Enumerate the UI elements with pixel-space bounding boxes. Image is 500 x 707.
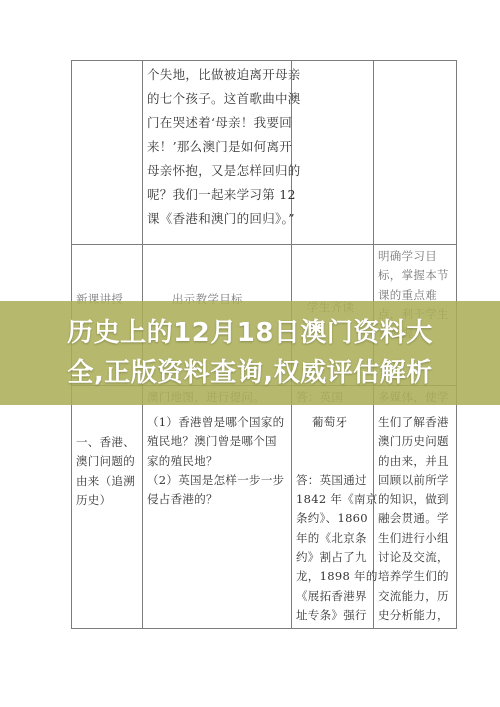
text-line: 年的《北京条 <box>296 529 378 548</box>
text-line: 史分析能力， <box>378 606 449 625</box>
table-cell-design-intent: 生们了解香港 澳门历史问题 的由来，并且 回顾以前所学 的知识，做到 融会贯通。… <box>378 413 449 625</box>
banner-headline: 历史上的12月18日澳门资料大 全,正版资料查询,权威评估解析 <box>0 301 500 405</box>
text-line: 1842 年《南京 <box>296 490 378 509</box>
text-line: 一、香港、 <box>76 433 135 452</box>
headline-line-1: 历史上的12月18日澳门资料大 <box>67 313 433 353</box>
text-line: 个失地，比做被迫离开母亲 <box>147 63 301 87</box>
text-line: 条约》、1860 <box>296 509 378 528</box>
text-line: 澳门问题的 <box>76 452 135 471</box>
text-line: 生们了解香港 <box>378 413 449 432</box>
headline-line-2: 全,正版资料查询,权威评估解析 <box>67 353 432 393</box>
text-line: 葡萄牙 <box>296 413 378 432</box>
text-line: 的由来，并且 <box>378 452 449 471</box>
text-line: 融会贯通。学 <box>378 509 449 528</box>
text-line: 答：英国通过 <box>296 471 378 490</box>
text-line: 回顾以前所学 <box>378 471 449 490</box>
table-cell-answers: 葡萄牙 答：英国通过 1842 年《南京 条约》、1860 年的《北京条 约》割… <box>296 413 378 625</box>
table-border-bottom <box>71 628 457 629</box>
text-line: 历史） <box>76 491 135 510</box>
text-line: 生们进行小组 <box>378 529 449 548</box>
table-border-top <box>71 60 457 61</box>
row-divider <box>71 244 457 245</box>
text-line: 来！’那么澳门是如何离开 <box>147 135 301 159</box>
text-line <box>296 452 378 471</box>
text-line: 的七个孩子。这首歌曲中澳 <box>147 87 301 111</box>
text-line: 由来（追溯 <box>76 472 135 491</box>
text-line: 呢？我们一起来学习第 12 <box>147 183 301 207</box>
text-line: 的知识，做到 <box>378 490 449 509</box>
text-line: 《展拓香港界 <box>296 587 378 606</box>
text-line: 课《香港和澳门的回归》。” <box>147 207 301 231</box>
table-cell-questions: （1）香港曾是哪个国家的 殖民地？澳门曾是哪个国 家的殖民地？ （2）英国是怎样… <box>147 413 284 509</box>
text-line: 龙，1898 年的 <box>296 567 378 586</box>
text-line: 讨论及交流， <box>378 548 449 567</box>
text-line: 约》割占了九 <box>296 548 378 567</box>
text-line <box>296 432 378 451</box>
text-line: 母亲怀抱，又是怎样回归的 <box>147 159 301 183</box>
text-line: 澳门历史问题 <box>378 432 449 451</box>
text-line: 址专条》强行 <box>296 606 378 625</box>
text-line: 殖民地？澳门曾是哪个国 <box>147 432 284 451</box>
text-line: 培养学生们的 <box>378 567 449 586</box>
text-line: （2）英国是怎样一步一步 <box>147 471 284 490</box>
text-line: 门在哭述着‘母亲！我要回 <box>147 111 301 135</box>
text-line: 侵占香港的？ <box>147 490 284 509</box>
text-line: 明确学习目 <box>378 247 449 266</box>
table-cell-intro-text: 个失地，比做被迫离开母亲 的七个孩子。这首歌曲中澳 门在哭述着‘母亲！我要回 来… <box>147 63 301 231</box>
text-line: 家的殖民地？ <box>147 452 284 471</box>
table-cell-section-title: 一、香港、 澳门问题的 由来（追溯 历史） <box>76 433 135 510</box>
text-line: （1）香港曾是哪个国家的 <box>147 413 284 432</box>
text-line: 交流能力，历 <box>378 587 449 606</box>
document-page: 个失地，比做被迫离开母亲 的七个孩子。这首歌曲中澳 门在哭述着‘母亲！我要回 来… <box>0 0 500 707</box>
text-line: 标，掌握本节 <box>378 266 449 285</box>
